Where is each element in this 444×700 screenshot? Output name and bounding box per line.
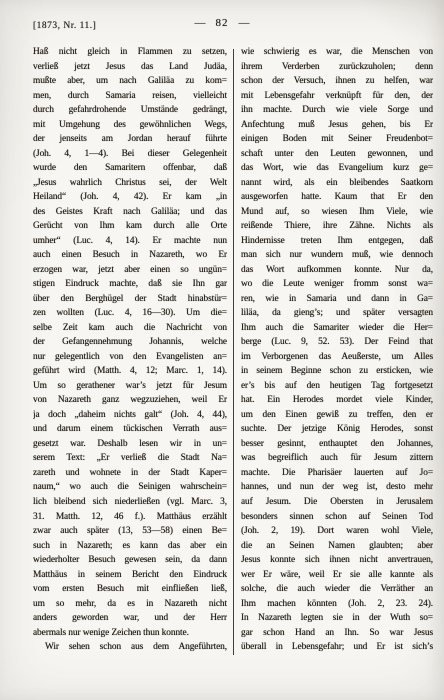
left-column: Haß nicht gleich in Flammen zu setzen,ve… [33, 45, 227, 655]
text-line: er’s bis auf den heutigen Tag fortgesetz… [241, 379, 433, 394]
text-line: mußte aber, um nach Galiläa zu kom= [33, 74, 227, 89]
text-line: wiederholter Besuch gewesen sein, da dan… [33, 553, 227, 568]
text-line: ja doch „daheim nichts galt“ (Joh. 4, 44… [33, 408, 227, 423]
text-line: Heiland“ (Joh. 4, 42). Er kam „in [33, 190, 227, 205]
text-line: machte. Die Pharisäer lauerten auf Jo= [241, 466, 433, 481]
text-line: men, durch Samaria reisen, vielleicht [33, 89, 227, 104]
text-line: umher“ (Luc. 4, 14). Er machte nun [33, 234, 227, 249]
text-line: „Jesus wahrlich Christus sei, der Welt [33, 176, 227, 191]
text-line: liläa, da gieng’s; und später versagten [241, 306, 433, 321]
text-line: hat. Ein Herodes mordet viele Kinder, [241, 393, 433, 408]
text-line: wie schwierig es war, die Menschen von [241, 45, 433, 60]
text-line: um so mehr, da es in Nazareth nicht [33, 597, 227, 612]
text-line: was begreiflich auch für Jesum zittern [241, 451, 433, 466]
text-line: ren, wie in Samaria und dann in Ga= [241, 292, 433, 307]
text-line: ihrem Verderben zurückzuholen; denn [241, 60, 433, 75]
text-line: abermals nur wenige Zeichen thun konnte. [33, 626, 227, 641]
text-line: und darum einem tückischen Verrath aus= [33, 422, 227, 437]
text-line: besser gesinnt, enthauptet den Johannes, [241, 437, 433, 452]
page-number-value: 82 [216, 17, 229, 29]
text-line: durch gefahrdrohende Umstände gedrängt, [33, 103, 227, 118]
text-line: (Joh. 2, 19). Dort waren wohl Viele, [241, 524, 433, 539]
text-line: gar schon Hand an Ihn. So war Jesus [241, 626, 433, 641]
text-line: hannes, und nun der weg ist, desto mehr [241, 480, 433, 495]
text-line: 31. Matth. 12, 46 f.). Matthäus erzählt [33, 510, 227, 525]
page-number-dash-left: — [195, 17, 206, 29]
text-line: um den Einen gewiß zu treffen, den er [241, 408, 433, 423]
text-line: mit Umgehung des gewöhnlichen Wegs, [33, 118, 227, 133]
text-line: einigen Boden mit Seiner Freudenbot= [241, 132, 433, 147]
text-block: Haß nicht gleich in Flammen zu setzen,ve… [33, 45, 433, 659]
text-line: ihn machte. Durch wie viele Sorge und [241, 103, 433, 118]
text-line: zen wollten (Luc. 4, 16—30). Um die= [33, 306, 227, 321]
text-line: solche, die auch wieder die Verräther an [241, 582, 433, 597]
text-line: Jesus konnte sich ihnen nicht anvertraue… [241, 553, 433, 568]
text-line: Gerücht von Ihm kam durch alle Orte [33, 219, 227, 234]
text-line: selbe Zeit kam auch die Nachricht von [33, 321, 227, 336]
text-line: die an Seinen Namen glaubten; aber [241, 539, 433, 554]
text-line: gesetzt war. Deshalb lesen wir in un= [33, 437, 227, 452]
text-line: der Gefangennehmung Johannis, welche [33, 335, 227, 350]
right-column: wie schwierig es war, die Menschen vonih… [241, 45, 433, 655]
text-line: Haß nicht gleich in Flammen zu setzen, [33, 45, 227, 60]
text-line: der jenseits am Jordan herauf führte [33, 132, 227, 147]
text-line: wurde den Samaritern offenbar, daß [33, 161, 227, 176]
text-line: geführt wird (Matth. 4, 12; Marc. 1, 14)… [33, 364, 227, 379]
text-line: mit Lebensgefahr verknüpft für den, der [241, 89, 433, 104]
text-line: überall in Lebensgefahr; und Er ist sich… [241, 640, 433, 655]
text-line: anders geworden war, und der Herr [33, 611, 227, 626]
text-line: In Nazareth legten sie in der Wuth so= [241, 611, 433, 626]
text-line: wer Er wäre, weil Er sie alle kannte als [241, 568, 433, 583]
text-line: serem Text: „Er verließ die Stadt Na= [33, 451, 227, 466]
text-line: lich bleibend sich niederließen (vgl. Ma… [33, 495, 227, 510]
text-line: von Nazareth ganz wegzuziehen, weil Er [33, 393, 227, 408]
text-line: Anfechtung muß Jesus gehen, bis Er [241, 118, 433, 133]
text-line: auch einen Besuch in Nazareth, wo Er [33, 248, 227, 263]
text-line: nur gelegentlich von den Evangelisten an… [33, 350, 227, 365]
text-line: stigen Eindruck machte, daß sie Ihn gar [33, 277, 227, 292]
text-line: reißende Thiere, ihre Zähne. Nichts als [241, 219, 433, 234]
text-line: nannt wird, als ein bleibendes Saatkorn [241, 176, 433, 191]
column-divider [233, 49, 234, 655]
text-line: Ihm machen könnten (Joh. 2, 23. 24). [241, 597, 433, 612]
text-line: Matthäus in seinem Bericht den Eindruck [33, 568, 227, 583]
text-line: Mund auf, so wiesen Ihm Viele, wie [241, 205, 433, 220]
text-line: des Geistes Kraft nach Galiläa; und das [33, 205, 227, 220]
text-line: naum,“ wo auch die Seinigen wahrschein= [33, 480, 227, 495]
text-line: verließ jetzt Jesus das Land Judäa, [33, 60, 227, 75]
text-line: Um so gerathener war’s jetzt für Jesum [33, 379, 227, 394]
text-line: Ihm auch die Samariter wieder die Her= [241, 321, 433, 336]
text-line: such in Nazareth; es kann das aber ein [33, 539, 227, 554]
text-line: das Wort aufkommen konnte. Nur da, [241, 263, 433, 278]
text-line: auf Jesum. Die Obersten in Jerusalem [241, 495, 433, 510]
text-line: (Joh. 4, 1—4). Bei dieser Gelegenheit [33, 147, 227, 162]
text-line: vom ersten Besuch mit einfließen ließ, [33, 582, 227, 597]
text-line: schon der Versuch, ihnen zu helfen, war [241, 74, 433, 89]
text-line: wo die Leute weniger fromm sonst wa= [241, 277, 433, 292]
text-line: in seinem Beginne schon zu ersticken, wi… [241, 364, 433, 379]
text-line: schaft unter den Leuten gewonnen, und [241, 147, 433, 162]
page-number: —82— [0, 17, 444, 29]
text-line: im Verborgenen das Aeußerste, um Alles [241, 350, 433, 365]
text-line: man sich nur wundern muß, wie dennoch [241, 248, 433, 263]
text-line: berge (Luc. 9, 52. 53). Der Feind that [241, 335, 433, 350]
text-line: das Wort, wie das Evangelium kurz ge= [241, 161, 433, 176]
text-line: suchte. Der jetzige König Herodes, sonst [241, 422, 433, 437]
text-line: zareth und wohnete in der Stadt Kaper= [33, 466, 227, 481]
page-number-dash-right: — [239, 17, 250, 29]
text-line: besonders sinnen schon auf Seinen Tod [241, 510, 433, 525]
text-line: Hindernisse treten Ihm entgegen, daß [241, 234, 433, 249]
text-line: über den Berghügel der Stadt hinabstür= [33, 292, 227, 307]
text-line: zwar auch später (13, 53—58) einen Be= [33, 524, 227, 539]
text-line: erzogen war, jetzt aber einen so ungün= [33, 263, 227, 278]
text-line: Wir sehen schon aus dem Angeführten, [33, 640, 227, 655]
text-line: ausgeworfen hatte. Kaum that Er den [241, 190, 433, 205]
scanned-page: [1873, Nr. 11.] —82— Haß nicht gleich in… [0, 0, 444, 700]
